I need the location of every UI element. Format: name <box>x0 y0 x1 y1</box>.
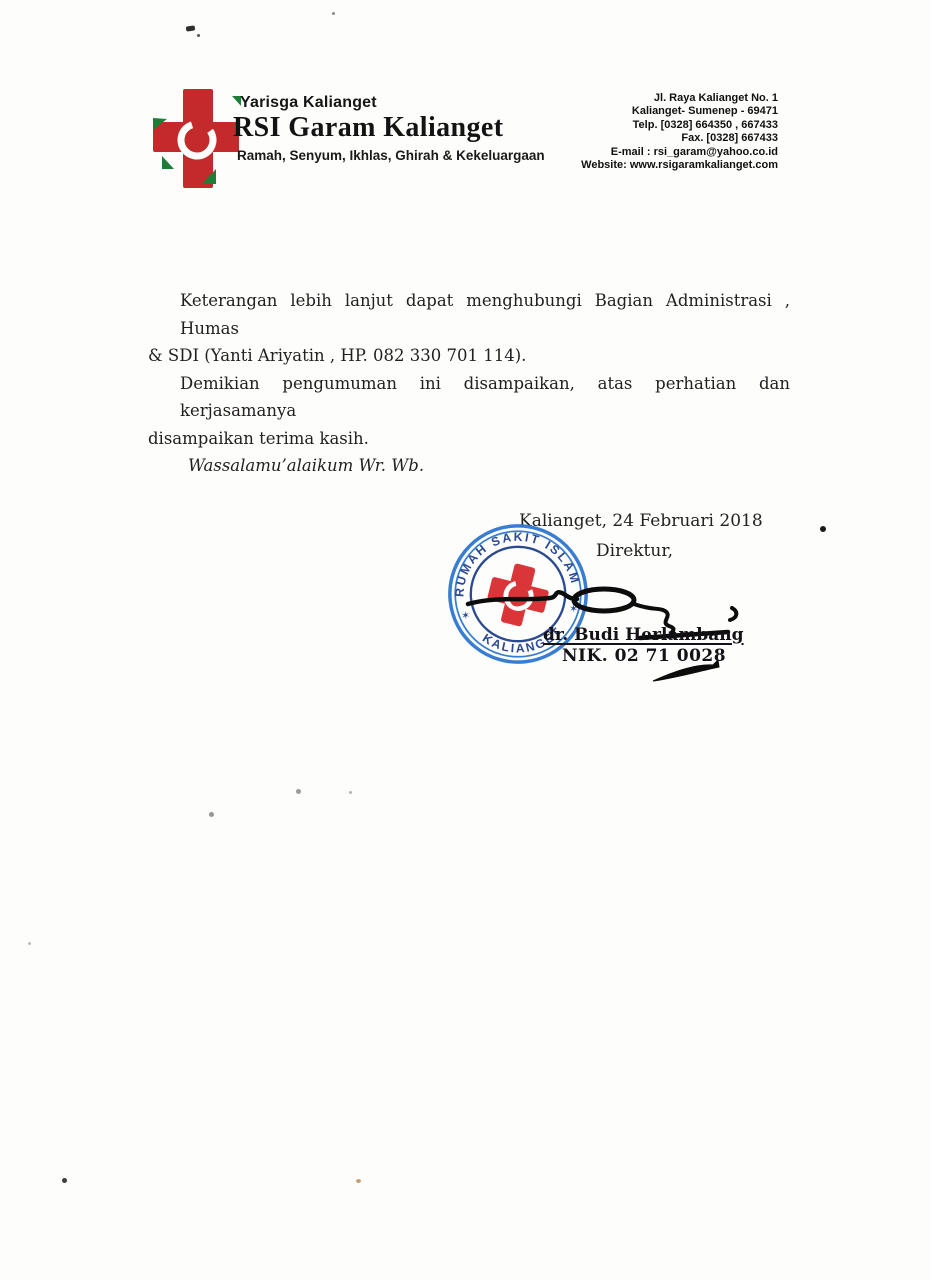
hospital-logo <box>150 86 242 192</box>
scan-speck <box>332 12 335 15</box>
foundation-name: Yarisga Kalianget <box>240 94 377 112</box>
contact-email-line: E-mail : rsi_garam@yahoo.co.id <box>581 146 778 159</box>
signer-nik: NIK. 02 71 0028 <box>562 646 726 666</box>
body-paragraph1-line1: Keterangan lebih lanjut dapat menghubung… <box>148 287 790 342</box>
scan-speck <box>197 34 200 37</box>
ink-dot <box>820 526 826 532</box>
contact-fax-line: Fax. [0328] 667433 <box>581 132 778 145</box>
scanned-letter-page: Yarisga Kalianget RSI Garam Kalianget Ra… <box>0 0 931 1280</box>
scan-speck <box>28 942 31 945</box>
body-paragraph2-line1: Demikian pengumuman ini disampaikan, ata… <box>148 370 790 425</box>
scan-speck <box>356 1179 361 1183</box>
scan-speck <box>186 25 196 31</box>
contact-phone-line: Telp. [0328] 664350 , 667433 <box>581 119 778 132</box>
contact-address-line: Jl. Raya Kalianget No. 1 <box>581 92 778 105</box>
scan-speck <box>62 1178 67 1183</box>
contact-city-line: Kalianget- Sumenep - 69471 <box>581 105 778 118</box>
scan-speck <box>296 789 301 794</box>
hospital-name: RSI Garam Kalianget <box>233 112 503 144</box>
hospital-tagline: Ramah, Senyum, Ikhlas, Ghirah & Kekeluar… <box>237 148 545 163</box>
closing-salutation: Wassalamu’alaikum Wr. Wb. <box>148 452 790 480</box>
contact-block: Jl. Raya Kalianget No. 1 Kalianget- Sume… <box>581 92 778 172</box>
signer-name: dr. Budi Herlambang <box>543 625 744 645</box>
contact-website-line: Website: www.rsigaramkalianget.com <box>581 159 778 172</box>
scan-speck <box>209 812 214 817</box>
scan-speck <box>349 791 352 794</box>
body-paragraph1-line2: & SDI (Yanti Ariyatin , HP. 082 330 701 … <box>148 342 790 370</box>
signer-title: Direktur, <box>596 541 673 561</box>
letter-body: Keterangan lebih lanjut dapat menghubung… <box>148 287 790 480</box>
body-paragraph2-line2: disampaikan terima kasih. <box>148 425 790 453</box>
